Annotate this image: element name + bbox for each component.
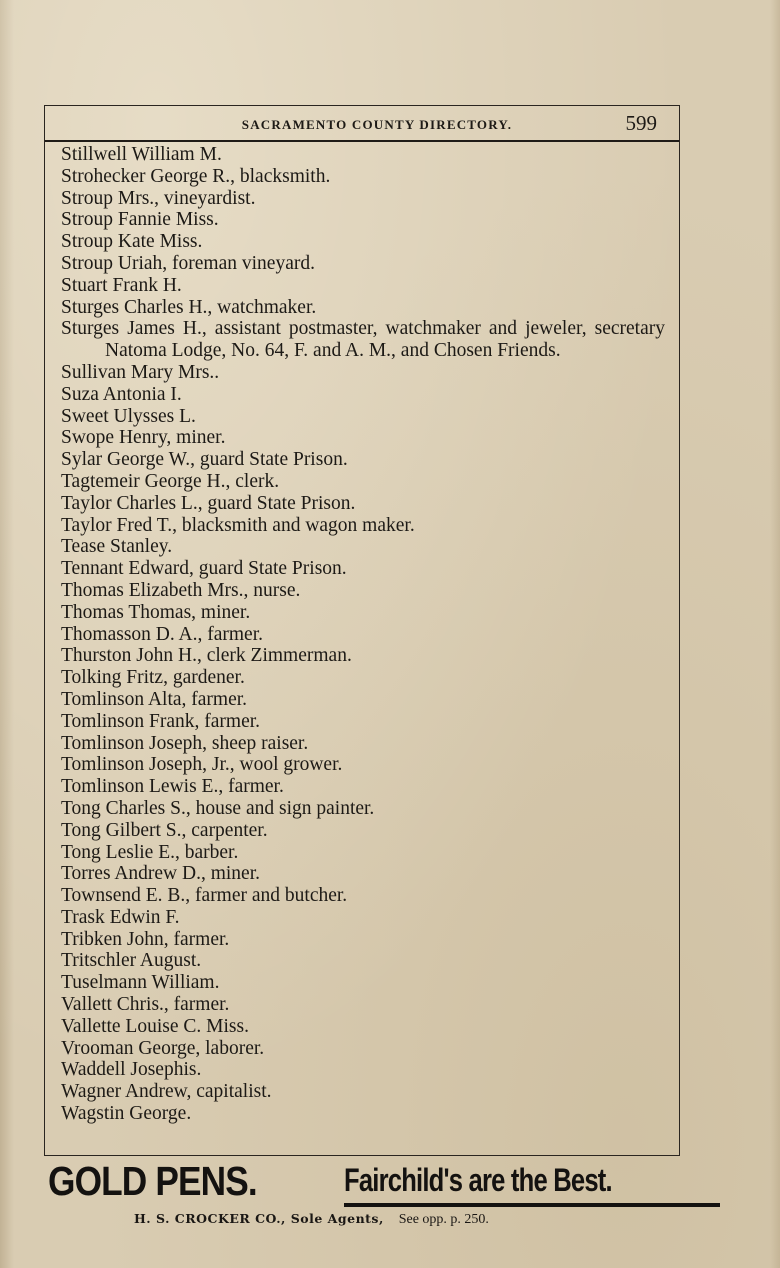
directory-entry: Suza Antonia I.	[61, 384, 665, 406]
ad-agents-line: H. S. CROCKER CO., Sole Agents, See opp.…	[134, 1211, 489, 1228]
directory-entry: Stroup Mrs., vineyardist.	[61, 188, 665, 210]
ad-agents: H. S. CROCKER CO., Sole Agents,	[134, 1211, 384, 1226]
directory-entry: Torres Andrew D., miner.	[61, 863, 665, 885]
directory-entry: Stillwell William M.	[61, 144, 665, 166]
directory-entry: Sweet Ulysses L.	[61, 406, 665, 428]
directory-entry: Sylar George W., guard State Prison.	[61, 449, 665, 471]
directory-entry: Swope Henry, miner.	[61, 427, 665, 449]
directory-entry: Tomlinson Joseph, sheep raiser.	[61, 733, 665, 755]
directory-entry: Strohecker George R., blacksmith.	[61, 166, 665, 188]
ad-slogan: Fairchild's are the Best.	[344, 1162, 612, 1199]
directory-entry: Tolking Fritz, gardener.	[61, 667, 665, 689]
directory-entry: Sturges Charles H., watchmaker.	[61, 297, 665, 319]
page-frame: SACRAMENTO COUNTY DIRECTORY. 599 Stillwe…	[44, 105, 680, 1156]
directory-entry: Tribken John, farmer.	[61, 929, 665, 951]
directory-entry: Taylor Charles L., guard State Prison.	[61, 493, 665, 515]
directory-entry: Townsend E. B., farmer and butcher.	[61, 885, 665, 907]
directory-entry: Sturges James H., assistant postmaster, …	[61, 318, 665, 362]
advertisement: GOLD PENS. Fairchild's are the Best.	[48, 1158, 678, 1208]
running-title: SACRAMENTO COUNTY DIRECTORY.	[45, 117, 679, 133]
directory-entry: Tease Stanley.	[61, 536, 665, 558]
directory-entry: Thomasson D. A., farmer.	[61, 624, 665, 646]
directory-entry: Thomas Thomas, miner.	[61, 602, 665, 624]
directory-entry: Stroup Fannie Miss.	[61, 209, 665, 231]
directory-entry: Stroup Kate Miss.	[61, 231, 665, 253]
ad-underline-rule	[344, 1203, 720, 1207]
running-head: SACRAMENTO COUNTY DIRECTORY. 599	[45, 106, 679, 142]
directory-entry: Thomas Elizabeth Mrs., nurse.	[61, 580, 665, 602]
ad-page-reference: See opp. p. 250.	[399, 1212, 489, 1227]
directory-entry: Tong Leslie E., barber.	[61, 842, 665, 864]
directory-entry: Vallett Chris., farmer.	[61, 994, 665, 1016]
directory-entry: Wagner Andrew, capitalist.	[61, 1081, 665, 1103]
directory-entry: Trask Edwin F.	[61, 907, 665, 929]
directory-entry: Tomlinson Frank, farmer.	[61, 711, 665, 733]
directory-entry: Tong Gilbert S., carpenter.	[61, 820, 665, 842]
directory-entry: Tomlinson Alta, farmer.	[61, 689, 665, 711]
directory-entry: Tuselmann William.	[61, 972, 665, 994]
directory-entry: Stuart Frank H.	[61, 275, 665, 297]
directory-entry: Sullivan Mary Mrs..	[61, 362, 665, 384]
directory-entry: Wagstin George.	[61, 1103, 665, 1125]
directory-entry: Tritschler August.	[61, 950, 665, 972]
directory-entry: Tagtemeir George H., clerk.	[61, 471, 665, 493]
directory-entry: Taylor Fred T., blacksmith and wagon mak…	[61, 515, 665, 537]
ad-headline: GOLD PENS.	[48, 1158, 257, 1205]
directory-entry: Stroup Uriah, foreman vineyard.	[61, 253, 665, 275]
directory-entry: Vallette Louise C. Miss.	[61, 1016, 665, 1038]
directory-entry: Thurston John H., clerk Zimmerman.	[61, 645, 665, 667]
directory-entry: Vrooman George, laborer.	[61, 1038, 665, 1060]
page-number: 599	[626, 111, 658, 136]
directory-entry: Tomlinson Lewis E., farmer.	[61, 776, 665, 798]
directory-entry: Tennant Edward, guard State Prison.	[61, 558, 665, 580]
directory-entry: Waddell Josephis.	[61, 1059, 665, 1081]
directory-entries: Stillwell William M. Strohecker George R…	[61, 144, 665, 1125]
directory-entry: Tong Charles S., house and sign painter.	[61, 798, 665, 820]
directory-entry: Tomlinson Joseph, Jr., wool grower.	[61, 754, 665, 776]
